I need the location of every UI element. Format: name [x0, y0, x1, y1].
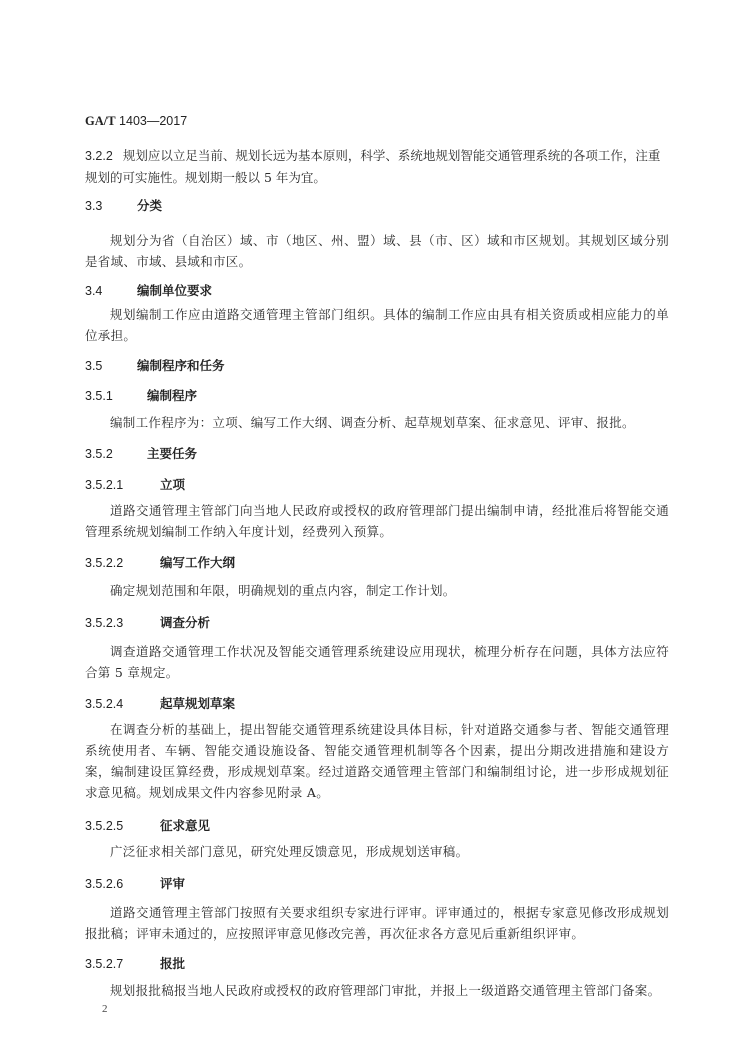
document-header: GA/T 1403—2017 — [85, 114, 187, 129]
paragraph: 编制工作程序为：立项、编写工作大纲、调查分析、起草规划草案、征求意见、评审、报批… — [85, 412, 669, 433]
heading-3-4: 3.4编制单位要求 — [85, 280, 669, 302]
paragraph: 道路交通管理主管部门按照有关要求组织专家进行评审。评审通过的，根据专家意见修改形… — [85, 902, 669, 944]
heading-3-5-2-5: 3.5.2.5征求意见 — [85, 815, 669, 837]
heading-3-5-1: 3.5.1编制程序 — [85, 385, 669, 407]
heading-3-5-2-1: 3.5.2.1立项 — [85, 474, 669, 496]
paragraph: 在调查分析的基础上，提出智能交通管理系统建设具体目标，针对道路交通参与者、智能交… — [85, 719, 669, 803]
paragraph: 道路交通管理主管部门向当地人民政府或授权的政府管理部门提出编制申请，经批准后将智… — [85, 500, 669, 542]
standard-number: 1403—2017 — [119, 114, 187, 128]
paragraph: 规划报批稿报当地人民政府或授权的政府管理部门审批，并报上一级道路交通管理主管部门… — [85, 980, 669, 1001]
paragraph: 规划分为省（自治区）域、市（地区、州、盟）域、县（市、区）域和市区规划。其规划区… — [85, 230, 669, 272]
paragraph: 确定规划范围和年限，明确规划的重点内容，制定工作计划。 — [85, 580, 669, 601]
heading-3-5: 3.5编制程序和任务 — [85, 355, 669, 377]
heading-3-5-2-7: 3.5.2.7报批 — [85, 953, 669, 975]
clause-3-2-2: 3.2.2规划应以立足当前、规划长远为基本原则，科学、系统地规划智能交通管理系统… — [85, 145, 669, 188]
paragraph: 调查道路交通管理工作状况及智能交通管理系统建设应用现状，梳理分析存在问题，具体方… — [85, 641, 669, 683]
heading-3-5-2-3: 3.5.2.3调查分析 — [85, 612, 669, 634]
page-number: 2 — [102, 1003, 108, 1015]
heading-3-3: 3.3分类 — [85, 195, 669, 217]
paragraph: 广泛征求相关部门意见，研究处理反馈意见，形成规划送审稿。 — [85, 841, 669, 862]
paragraph: 规划编制工作应由道路交通管理主管部门组织。具体的编制工作应由具有相关资质或相应能… — [85, 304, 669, 346]
standard-code: GA/T — [85, 114, 116, 128]
heading-3-5-2-6: 3.5.2.6评审 — [85, 873, 669, 895]
heading-3-5-2: 3.5.2主要任务 — [85, 443, 669, 465]
heading-3-5-2-2: 3.5.2.2编写工作大纲 — [85, 552, 669, 574]
heading-3-5-2-4: 3.5.2.4起草规划草案 — [85, 693, 669, 715]
